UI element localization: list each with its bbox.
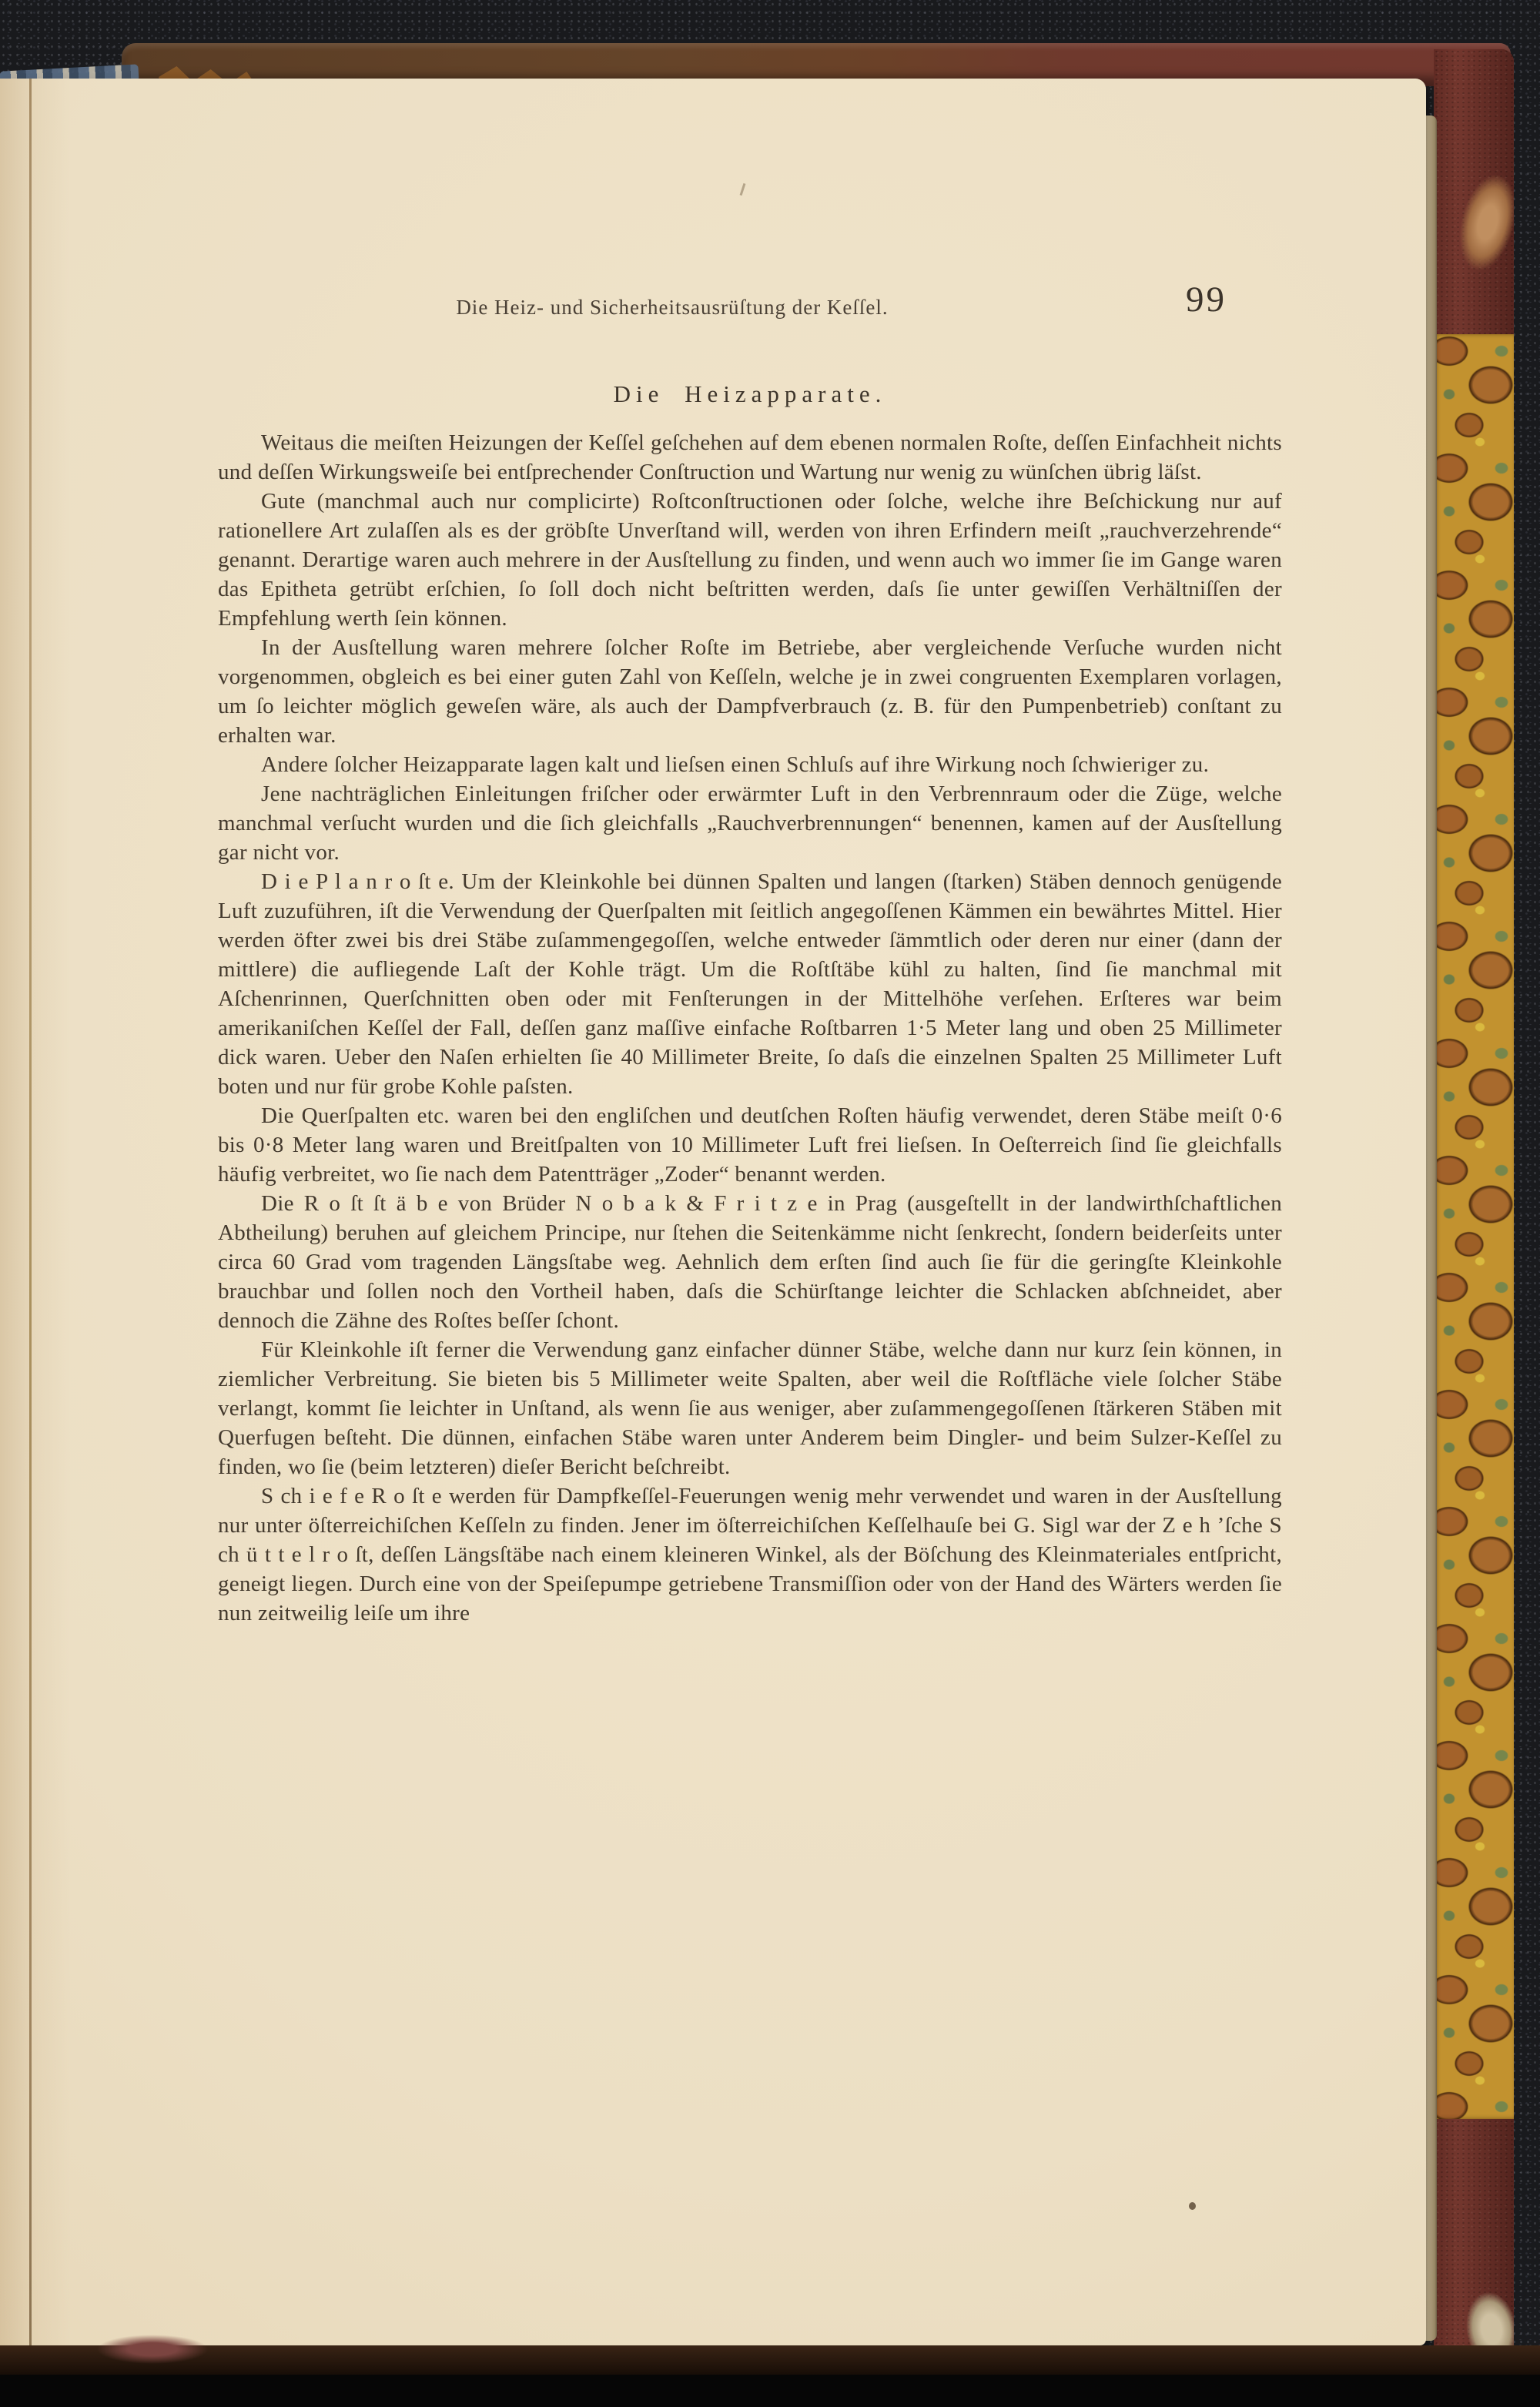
paragraph: Gute (manchmal auch nur complicirte) Roſ… — [218, 487, 1282, 633]
paragraph: D i e P l a n r o ſt e. Um der Kleinkohl… — [218, 867, 1282, 1101]
gutter-shading — [0, 79, 71, 2345]
paragraph: Andere ſolcher Heizapparate lagen kalt u… — [218, 750, 1282, 779]
leather-corner-bottom — [1434, 2119, 1514, 2376]
gutter-crease — [29, 79, 32, 2345]
paragraph: Die R o ſt ſt ä b e von Brüder N o b a k… — [218, 1189, 1282, 1335]
paragraph: In der Ausſtellung waren mehrere ſolcher… — [218, 633, 1282, 750]
leather-worn-patch — [1444, 159, 1514, 286]
running-head: Die Heiz- und Sicherheitsausrüſtung der … — [218, 296, 1127, 320]
body-text: Weitaus die meiſten Heizungen der Keſſel… — [218, 428, 1282, 1628]
page-bottom-shadow — [0, 2345, 1540, 2376]
ink-speck — [1189, 2202, 1196, 2210]
marbled-board-edge — [1434, 334, 1514, 2119]
scanner-bed-bottom — [0, 2375, 1540, 2407]
book-cover-right-edge — [1434, 49, 1514, 2376]
leather-corner-top — [1434, 49, 1514, 334]
paragraph: Die Querſpalten etc. waren bei den engli… — [218, 1101, 1282, 1189]
binding-bottom-red-patch — [91, 2333, 214, 2365]
paragraph: Jene nachträglichen Einleitungen friſche… — [218, 779, 1282, 867]
paragraph: Für Kleinkohle iſt ferner die Verwendung… — [218, 1335, 1282, 1481]
paragraph: Weitaus die meiſten Heizungen der Keſſel… — [218, 428, 1282, 487]
paragraph: S ch i e f e R o ſt e werden für Dampfke… — [218, 1481, 1282, 1628]
book-scan: Die Heiz- und Sicherheitsausrüſtung der … — [0, 0, 1540, 2407]
page-number: 99 — [1186, 279, 1227, 320]
section-title: Die Heizapparate. — [218, 380, 1282, 408]
